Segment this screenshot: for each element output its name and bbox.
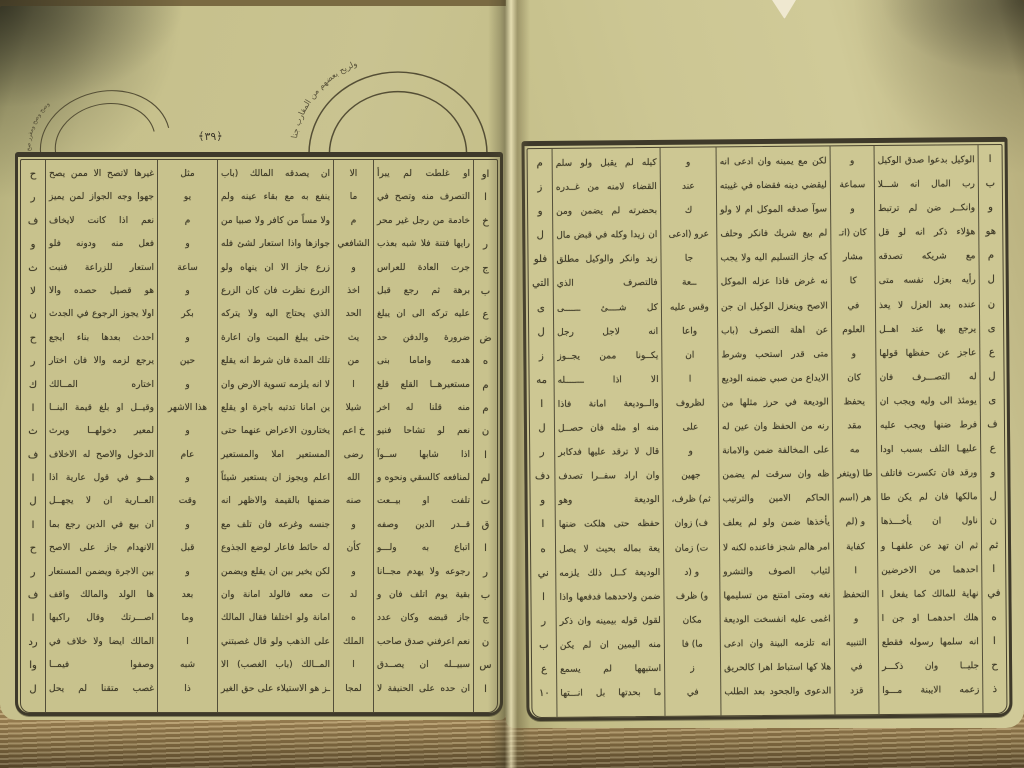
table-line: مشار: [831, 245, 874, 269]
table-line: هذا الاشهر: [158, 397, 217, 420]
table-line: على المخالفة ضمن والامانة فلا مئانه لو ا…: [719, 439, 832, 464]
table-column-text-2: لكن مع يمينه وان ادعى انه سلم الىليقضي د…: [716, 146, 835, 715]
table-line: ف) زوان: [664, 512, 719, 537]
table-line: لكن يخير بين ان يقلع ويضمن النقص: [218, 561, 333, 584]
page-number-left: ﴿٣٩﴾: [198, 130, 223, 143]
table-line: ب: [979, 172, 1002, 196]
table-line: و: [158, 233, 217, 256]
table-line: المستعير املا والمستعير وقيل انه يمنع من: [218, 444, 333, 467]
table-line: الوديعة كــل ذلك يلزمه: [556, 561, 663, 586]
table-line: ا: [21, 467, 45, 490]
table-line: ا: [474, 537, 497, 560]
table-line: متى قدر استحب وشرط المودع والمودع: [718, 342, 831, 367]
table-line: م: [474, 397, 497, 420]
table-line: ل: [528, 224, 552, 248]
table-line: ضرورة والدفن حد: [374, 327, 473, 350]
table-line: استبهها لم يسمع: [557, 657, 664, 682]
table-line: لثياب الصوف والتشرو والملابس ان احتاجت: [720, 559, 833, 584]
table-line: امانة ولو اختلفا فقال المالك اجرتك: [218, 607, 333, 630]
table-line: الوكيل بدعوا صدق الوكيل: [875, 148, 978, 173]
table-line: ح: [21, 327, 45, 350]
table-line: امر هالم شجز فاعنده لكنه لا يضمن ولو خلط: [720, 535, 833, 560]
table-line: ساعة: [158, 257, 217, 280]
table-line: التي: [529, 272, 553, 296]
table-line: س: [474, 654, 497, 677]
table-line: التحفظ: [834, 583, 877, 607]
table-line: عرو (ادعى: [661, 223, 716, 248]
table-line: ز: [665, 656, 720, 681]
table-line: نعم اعرفني صدق صاحب: [374, 631, 473, 654]
table-line: خ اعم: [334, 420, 373, 443]
table-line: و: [831, 149, 874, 173]
table-line: يث: [334, 327, 373, 350]
table-line: رنه من الحفظ وان عين له حرزا لجعلها في ا: [719, 414, 832, 439]
table-line: ـز هو الاستيلاء على حق الغير عدوانا فا: [218, 678, 333, 701]
table-line: ت: [474, 490, 497, 513]
table-line: نعم اذا كانت لايخاف: [46, 210, 157, 233]
table-column-narrow-1: وسماعةوكان (اتـمشاركافيالعلوموكانيحفظمقد…: [830, 146, 879, 714]
table-line: ه: [531, 537, 555, 561]
table-line: وانكــر ضن لم ترتبط: [875, 196, 978, 221]
table-line: ج: [474, 257, 497, 280]
table-line: ا: [834, 559, 877, 583]
table-line: رأيه بعزل نفسه متى: [876, 269, 979, 294]
table-line: بكر: [158, 303, 217, 326]
table-line: ان يصدقه المالك (باب العارية) هي: [218, 163, 333, 186]
table-line: المــالك (باب الغصب) الا: [218, 654, 333, 677]
table-line: م: [979, 244, 1002, 268]
table-line: و) ظرف: [664, 584, 719, 609]
table-line: و: [158, 374, 217, 397]
table-line: صنه: [334, 490, 373, 513]
table-line: ف: [21, 584, 45, 607]
table-line: شيلا (من: [334, 397, 373, 420]
table-line: في: [665, 680, 720, 705]
table-line: و: [832, 342, 875, 366]
table-line: جنسه وغرعه فان تلف مع المرتهن لم يضمن: [218, 514, 333, 537]
table-line: ل: [980, 365, 1003, 389]
table-line: ما) فا: [665, 632, 720, 657]
table-line: قال لا ترقد عليها فدكابر: [555, 440, 662, 465]
table-line: واعا: [662, 319, 717, 344]
table-line: ضمن ولاحدهما فدفعها واذا: [556, 585, 663, 610]
table-line: ع: [981, 437, 1004, 461]
table-line: التنبيه: [835, 631, 878, 655]
table-line: ا: [21, 607, 45, 630]
table-line: ب: [474, 280, 497, 303]
table-line: ظه وان سرقت لم يضمن لانه حفظها من و: [719, 463, 832, 488]
table-line: لمنافعه كالسقي ونحوه و: [374, 467, 473, 490]
table-line: ر: [532, 610, 556, 634]
table-line: ما بحدتها بل انـــتها: [557, 681, 664, 706]
table-line: انه سلمها رسوله فقطع في: [879, 630, 982, 655]
table-line: حين: [158, 350, 217, 373]
table-column-letters-left: مزولفلوالتيىلزمهالردفواهنياربع١٠: [528, 149, 557, 717]
table-line: عند: [661, 175, 716, 200]
table-line: مقد: [833, 414, 876, 438]
table-line: الانهدام جاز على الاصح: [46, 537, 157, 560]
table-line: ولا مساً من كافر ولا صبيا من محر: [218, 210, 333, 233]
table-line: ف: [981, 413, 1004, 437]
table-line: ب: [532, 634, 556, 658]
table-line: احدهما من الاخرضين ويتعهد: [878, 558, 981, 583]
table-line: الا اذا ـــــــله: [554, 368, 661, 393]
arch-inscription: ولريح بعضهم من المقارب جنا: [289, 58, 359, 139]
table-line: منه قلنا له اخر: [374, 397, 473, 420]
table-line: جرت العادة للعراس فغرس ا: [374, 257, 473, 280]
table-line: ل: [21, 490, 45, 513]
table-line: م: [528, 152, 552, 176]
table-line: هو قصيل حصده والا: [46, 280, 157, 303]
table-line: خ: [474, 210, 497, 233]
table-line: ثم ان تهد عن علفهـا و: [878, 534, 981, 559]
right-page-table-grid: ابوهوملنىعلىفعولنثمافيهاحذ الوكيل بدعوا …: [527, 144, 1008, 718]
table-line: لم بيع شريك فانكر وحلف قبل انكاره ولو: [717, 222, 830, 247]
table-line: ل: [21, 678, 45, 701]
table-column-narrow-1: الامامالشافعيواخذالحديثمناشيلا (منخ اعمر…: [333, 160, 373, 712]
table-line: ذ: [983, 678, 1006, 702]
table-line: ض: [474, 327, 497, 350]
table-line: ه: [983, 606, 1006, 630]
table-line: لكن مع يمينه وان ادعى انه سلم الى: [717, 149, 830, 174]
table-column-letters-right: ابوهوملنىعلىفعولنثمافيهاحذ: [978, 145, 1007, 713]
table-line: و: [663, 440, 718, 465]
table-line: و: [158, 420, 217, 443]
table-line: يومئذ الى وليه ويجب ان: [877, 389, 980, 414]
table-line: ز: [529, 345, 553, 369]
table-line: ن: [21, 303, 45, 326]
table-line: و: [979, 196, 1002, 220]
table-line: ا: [982, 558, 1005, 582]
table-line: و: [831, 197, 874, 221]
table-line: برهة ثم رجع قبل: [374, 280, 473, 303]
table-line: مه: [833, 438, 876, 462]
table-line: و: [334, 514, 373, 537]
page-left: وصح وصح ومقرر صح ولريح بعضهم من المقارب …: [0, 6, 506, 720]
table-line: لا انه يلزمه تسوية الارض وان لم يختر: [218, 374, 333, 397]
table-line: و: [835, 607, 878, 631]
table-line: ن: [474, 631, 497, 654]
table-line: من: [334, 350, 373, 373]
table-line: ز: [528, 176, 552, 200]
table-line: مستعيرهــا القلع قلع: [374, 374, 473, 397]
table-line: يرجع لزمه والا فان اختار: [46, 350, 157, 373]
table-line: م: [474, 374, 497, 397]
table-line: او: [474, 163, 497, 186]
table-line: و: [528, 200, 552, 224]
table-line: و: [158, 514, 217, 537]
table-line: فلو: [528, 248, 552, 272]
table-line: زرع جاز الا ان ينهاه ولو استعار: [218, 257, 333, 280]
table-line: ت معه فالولد امانة وان استعارها فسار: [218, 584, 333, 607]
table-line: ت) زمان: [664, 536, 719, 561]
table-line: ع: [474, 303, 497, 326]
table-line: ينفع به مع بقاء عينه ولم: [218, 186, 333, 209]
table-line: ا: [983, 630, 1006, 654]
table-line: الملك: [334, 631, 373, 654]
table-line: انه لاجل رجل: [554, 320, 661, 345]
table-line: ى: [529, 296, 553, 320]
table-column-text-3: غيرها لاتصح الا ممن يصحجهوا وجه الجواز ل…: [45, 160, 157, 712]
table-line: الاصح وينعزل الوكيل ان جن احدهما: [718, 294, 831, 319]
table-line: كيله لم يقبل ولو سلم: [553, 151, 660, 176]
table-line: هلك احدهمـا او جن ا: [879, 606, 982, 631]
table-line: ان زيدا وكله في قبض مال: [553, 223, 660, 248]
table-line: يعة بماله بحيث لا يصل خروج: [556, 536, 663, 561]
table-line: نغه ومتى امتنع من تسليمها عند الا: [720, 583, 833, 608]
table-line: يو: [158, 186, 217, 209]
table-line: و: [21, 233, 45, 256]
table-line: عليه تركه الى ان يبلغ: [374, 303, 473, 326]
table-line: الايداع من صبي ضمنه الوديع ولا يبر: [718, 366, 831, 391]
table-line: ح: [21, 537, 45, 560]
table-line: نعم لو تشاحا فنيو: [374, 420, 473, 443]
table-line: لد: [334, 584, 373, 607]
table-line: بعد: [158, 584, 217, 607]
table-line: ن: [474, 420, 497, 443]
table-line: ك: [661, 199, 716, 224]
table-line: ثم) ظرف،: [664, 488, 719, 513]
table-line: له التصـــرف فان: [876, 365, 979, 390]
table-line: مثل: [158, 163, 217, 186]
table-line: الشافعي: [334, 233, 373, 256]
table-line: استعار للزراعة فنبت: [46, 257, 157, 280]
table-line: وصفوا فيمــا: [46, 654, 157, 677]
table-line: ا: [334, 654, 373, 677]
table-line: حفظه حتى هلكت ضنها: [556, 512, 663, 537]
table-line: فالتصرف الذي: [554, 271, 661, 296]
table-line: زيد وانكر والوكيل مطلق: [553, 247, 660, 272]
table-line: ى: [981, 389, 1004, 413]
table-line: منه اليمين ان لم يكن الســبب: [557, 633, 664, 658]
table-line: القضاء لامنه من غــدره: [553, 175, 660, 200]
table-line: كان (اتـ: [831, 221, 874, 245]
table-line: او غلطت لم يبرأ: [374, 163, 473, 186]
table-line: حتى يبلغ الميت وان اعارة البنا والغراس م…: [218, 327, 333, 350]
table-line: اذا شابها ســوآ: [374, 444, 473, 467]
table-line: ل: [980, 268, 1003, 292]
table-line: هؤلاء ذكر انه لو قل: [875, 220, 978, 245]
open-book-photo: وصح وصح ومقرر صح ولريح بعضهم من المقارب …: [0, 0, 1024, 768]
table-line: ناول ان يأخـــذها: [878, 510, 981, 535]
table-line: و: [158, 280, 217, 303]
table-line: على الذهب ولو قال غصبتني صدق: [218, 631, 333, 654]
handwritten-arch-ornament: وصح وصح ومقرر صح: [16, 59, 178, 163]
table-line: في: [982, 582, 1005, 606]
table-line: لم: [474, 467, 497, 490]
table-line: جا: [661, 247, 716, 272]
table-line: فعل منه ودونه فلو: [46, 233, 157, 256]
table-line: ا: [531, 513, 555, 537]
table-line: على: [663, 415, 718, 440]
table-line: دف: [530, 465, 554, 489]
table-line: ا: [474, 678, 497, 701]
table-line: غيرها لاتصح الا ممن يصح: [46, 163, 157, 186]
table-line: اصـــرتك وقال راكبها: [46, 607, 157, 630]
table-line: و: [158, 467, 217, 490]
table-line: ورقد فان تكسرت فاتلف: [877, 461, 980, 486]
table-line: رجوعه ولا يهدم مجــانا: [374, 561, 473, 584]
table-line: ا: [158, 631, 217, 654]
table-line: احدث بعدها بناء ايجع: [46, 327, 157, 350]
table-line: تلك المدة فان شرط انه يقلع مجــانا: [218, 350, 333, 373]
table-line: كان: [832, 366, 875, 390]
table-line: ل: [530, 417, 554, 441]
table-line: الدعوى والجحود بعد الطلب مضمن فان قال: [721, 679, 834, 704]
table-line: مع شريكه تصدقه: [875, 245, 978, 270]
table-line: ا: [531, 586, 555, 610]
table-line: رد: [21, 631, 45, 654]
table-line: انه تلزمه البينة وان ادعى تلفها صدق و: [721, 631, 834, 656]
table-line: ف: [21, 444, 45, 467]
table-line: ان بيع في الدين رجع بما: [46, 514, 157, 537]
table-line: ر: [21, 350, 45, 373]
table-line: ب: [474, 584, 497, 607]
table-line: العلوم: [832, 318, 875, 342]
table-line: في: [835, 655, 878, 679]
table-line: م: [334, 210, 373, 233]
table-line: ن: [980, 292, 1003, 316]
table-line: لمجا: [334, 678, 373, 701]
table-line: يأخذها ضمن ولو لم يعلف الدابة الوديعة: [720, 511, 833, 536]
table-line: رضى: [334, 444, 373, 467]
table-line: تلفت او بيــعت: [374, 490, 473, 513]
table-line: له حائط فاعار لوضع الجذوع ثم رجع: [218, 537, 333, 560]
table-line: ن: [982, 509, 1005, 533]
table-line: والــوديعة امانة فاذا: [555, 392, 662, 417]
table-line: اولا يجوز الرجوع في الجدث: [46, 303, 157, 326]
left-page-table-grid: اواخرجبعضهممنالمتقاربجنسا او غلطت لم يبر…: [20, 159, 498, 713]
table-line: رايها فتنة فلا شبه بعذب: [374, 233, 473, 256]
table-line: ر: [530, 441, 554, 465]
table-line: شبه: [158, 654, 217, 677]
table-line: و: [158, 561, 217, 584]
table-line: ف: [21, 210, 45, 233]
table-line: قبل: [158, 537, 217, 560]
table-line: ر: [21, 561, 45, 584]
table-line: نهاية للمالك كما يفعل ا: [878, 582, 981, 607]
table-line: العــارية ان لا يجهــل: [46, 490, 157, 513]
svg-text:وصح وصح ومقرر صح: وصح وصح ومقرر صح: [15, 100, 61, 153]
table-line: ر: [474, 233, 497, 256]
table-line: م: [158, 210, 217, 233]
table-line: مكان: [665, 608, 720, 633]
handwritten-arch-ornament: ولريح بعضهم من المقارب جنا: [296, 56, 500, 154]
table-line: الزرع نظرت فان كان الزرع يؤخذ: [218, 280, 333, 303]
table-line: وقس عليه: [662, 295, 717, 320]
table-line: ليقضي دينه فقضاه في غيبته ولم يشهد: [717, 174, 830, 199]
table-line: و: [158, 327, 217, 350]
table-line: ثم: [982, 533, 1005, 557]
table-line: ها الولد والمالك واقف: [46, 584, 157, 607]
table-line: ان حده على الحنيفة لا: [374, 678, 473, 701]
table-line: ه: [474, 350, 497, 373]
table-line: لمعير دخولهــا ويرث: [46, 420, 157, 443]
table-line: طا (ويتغر: [833, 462, 876, 486]
table-column-text-2: ان يصدقه المالك (باب العارية) هيينفع به …: [217, 160, 333, 712]
table-line: جاز قبضه وكان عدد: [374, 607, 473, 630]
table-line: عنده بعد العزل لا يعذ: [876, 293, 979, 318]
table-line: ا: [21, 514, 45, 537]
table-line: وان اراد سفــرا تصدف: [555, 464, 662, 489]
table-line: الله: [334, 467, 373, 490]
table-line: عام: [158, 444, 217, 467]
table-line: سوآ صدقه الموكل ام لا ولو فعل ذا: [717, 198, 830, 223]
table-line: بين الاجرة ويضمن المستعار: [46, 561, 157, 584]
table-line: اختاره المــالك: [46, 374, 157, 397]
table-line: ل: [529, 321, 553, 345]
table-column-text-3: كيله لم يقبل ولو سلمالقضاء لامنه من غــد…: [552, 148, 665, 717]
table-line: اخذ: [334, 280, 373, 303]
table-column-text-1: او غلطت لم يبرأالتصرف منه وتصح في كلخادم…: [373, 160, 473, 712]
left-page-table: اواخرجبعضهممنالمتقاربجنسا او غلطت لم يبر…: [15, 152, 503, 716]
table-line: و: [531, 489, 555, 513]
table-line: كا: [832, 270, 875, 294]
table-line: ث: [21, 420, 45, 443]
table-column-narrow-2: وعندكعرو (ادعىجاــعةوقس عليهواعاانالظروف…: [660, 147, 721, 715]
svg-text:ولريح بعضهم من المقارب جنا: ولريح بعضهم من المقارب جنا: [289, 58, 359, 139]
table-line: الوديعة في حرز مثلها من الامكنة وا: [719, 390, 832, 415]
table-line: لا: [21, 280, 45, 303]
right-page-table: ابوهوملنىعلىفعولنثمافيهاحذ الوكيل بدعوا …: [521, 137, 1012, 721]
table-line: ذا: [158, 678, 217, 701]
table-line: كفاية: [834, 535, 877, 559]
table-line: اتباع به ولـــو: [374, 537, 473, 560]
table-line: الدخول والاصح له الاخلاف: [46, 444, 157, 467]
table-line: نه غرض فاذا عزله الموكل ولم يعلم توكـ: [718, 270, 831, 295]
table-line: ث: [21, 257, 45, 280]
table-line: قــدر الدين وصفه: [374, 514, 473, 537]
table-line: ا: [979, 148, 1002, 172]
table-line: ق: [474, 514, 497, 537]
table-line: جهوا وجه الجواز لمن يميز: [46, 186, 157, 209]
table-line: و: [334, 257, 373, 280]
table-line: جهين: [663, 464, 718, 489]
table-line: ضمنها بالقيمة والاظهر انه كالضامن فيجب: [218, 490, 333, 513]
table-line: الوديعة وهو: [556, 488, 663, 513]
table-line: ما: [334, 186, 373, 209]
table-line: هلا كها استباط اهرا كالحريق والنهب و: [721, 655, 834, 680]
table-line: ه: [334, 607, 373, 630]
table-line: مه: [529, 369, 553, 393]
table-line: جليــا وان ذكـــر: [879, 654, 982, 679]
table-line: سبيــله ان يصــدق: [374, 654, 473, 677]
table-line: منه او مثله فان حصــل: [555, 416, 662, 441]
table-column-letters-left: حرفوثلانحركاثفالاحرفاردوال: [21, 160, 45, 712]
table-line: ح: [21, 163, 45, 186]
table-line: ين امانا تدتبه باجرة او يقلع ويضمن النقص: [218, 397, 333, 420]
table-line: التصرف منه وتصح في كل: [374, 186, 473, 209]
table-line: سماعة: [831, 173, 874, 197]
table-line: هـــو في قول عارية اذا: [46, 467, 157, 490]
table-line: ا: [21, 397, 45, 420]
table-line: هدمه واماما بنى: [374, 350, 473, 373]
arch-inscription: وصح وصح ومقرر صح: [15, 100, 61, 153]
table-line: وقيــل او بلغ قيمة البنــا: [46, 397, 157, 420]
table-line: زعمه الايبنة مـــوا: [879, 678, 982, 703]
table-line: ا: [530, 393, 554, 417]
table-line: في: [832, 294, 875, 318]
table-line: خادمة من رجل غير محر: [374, 210, 473, 233]
table-line: ا: [334, 374, 373, 397]
table-line: ا: [662, 367, 717, 392]
table-line: يكــونا ممن يجــوز: [554, 344, 661, 369]
table-line: وا: [21, 654, 45, 677]
table-line: ر: [21, 186, 45, 209]
table-line: الحاكم الامين والترتيب واجب ولو فض خـ: [720, 487, 833, 512]
table-line: عليهـا التلف بسبب اودا: [877, 437, 980, 462]
table-line: وقت: [158, 490, 217, 513]
